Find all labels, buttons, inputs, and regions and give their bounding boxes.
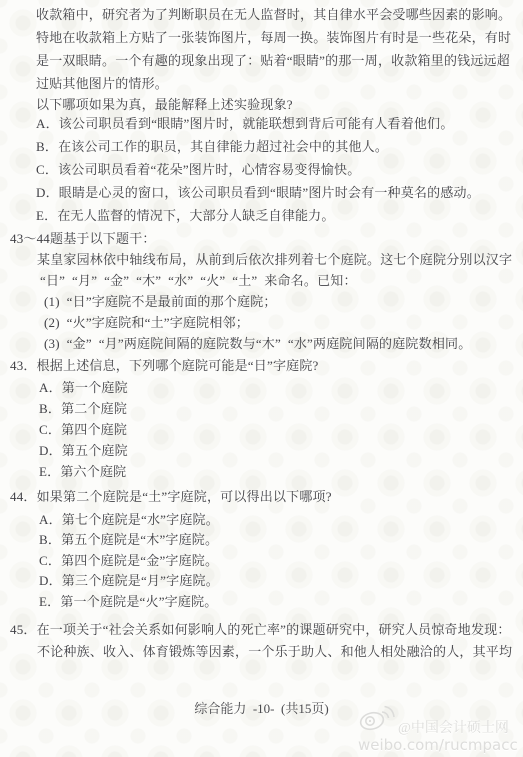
- stem-line: 某皇家园林依中轴线布局，从前到后依次排列着七个庭院。这七个庭院分别以汉字: [37, 252, 512, 268]
- option-a: A．第七个庭院是“水”字庭院。: [39, 512, 219, 528]
- option-d: D．第五个庭院: [39, 443, 128, 459]
- option-e: E．在无人监督的情况下，大部分人缺乏自律能力。: [36, 208, 335, 224]
- body-line: 过贴其他图片的情形。: [36, 76, 168, 92]
- weibo-watermark: @中国会计硕士网 weibo.com/rucmpacc: [358, 702, 520, 754]
- option-b: B．第二个庭院: [39, 401, 127, 417]
- question-stem: 45．在一项关于“社会关系如何影响人的死亡率”的课题研究中，研究人员惊奇地发现：: [10, 622, 511, 638]
- option-c: C．第四个庭院: [39, 422, 127, 438]
- watermark-url: weibo.com/rucmpacc: [358, 737, 520, 754]
- option-a: A．第一个庭院: [39, 380, 128, 396]
- question-prompt: 以下哪项如果为真，最能解释上述实验现象?: [36, 97, 293, 113]
- question-stem-line2: 不论种族、收入、体育锻炼等因素，一个乐于助人、和他人相处融洽的人，其平均: [37, 644, 512, 660]
- option-d: D．第三个庭院是“月”字庭院。: [39, 573, 219, 589]
- condition-3: (3) “金” “月”两庭院间隔的庭院数与“木” “水”两庭院间隔的庭院数相同。: [44, 336, 471, 352]
- option-b: B．在该公司工作的职员，其自律能力超过社会中的其他人。: [36, 139, 388, 155]
- watermark-handle: @中国会计硕士网: [398, 721, 509, 737]
- option-e: E．第一个庭院是“火”字庭院。: [39, 594, 217, 610]
- exam-page: 收款箱中，研究者为了判断职员在无人监督时，其自律水平会受哪些因素的影响。 特地在…: [0, 0, 523, 757]
- weibo-logo-icon: [358, 702, 396, 737]
- option-d: D．眼睛是心灵的窗口，该公司职员看到“眼睛”图片时会有一种莫名的感动。: [36, 185, 480, 201]
- stem-header: 43～44题基于以下题干：: [10, 231, 156, 247]
- condition-2: (2) “火”字庭院和“土”字庭院相邻；: [44, 315, 249, 331]
- question-stem: 44．如果第二个庭院是“土”字庭院，可以得出以下哪项?: [10, 489, 332, 505]
- question-stem: 43．根据上述信息，下列哪个庭院可能是“日”字庭院?: [10, 358, 319, 374]
- option-c: C．该公司职员看着“花朵”图片时，心情容易变得愉快。: [36, 162, 360, 178]
- body-line: 是一双眼睛。一个有趣的现象出现了：贴着“眼睛”的那一周，收款箱里的钱远远超: [36, 53, 510, 69]
- option-e: E．第六个庭院: [39, 464, 126, 480]
- option-c: C．第四个庭院是“金”字庭院。: [39, 553, 218, 569]
- stem-line: “日” “月” “金” “木” “水” “火” “土” 来命名。已知：: [40, 273, 357, 289]
- body-line: 收款箱中，研究者为了判断职员在无人监督时，其自律水平会受哪些因素的影响。: [36, 7, 511, 23]
- option-b: B．第五个庭院是“木”字庭院。: [39, 532, 218, 548]
- option-a: A．该公司职员看到“眼睛”图片时，就能联想到背后可能有人看着他们。: [36, 116, 454, 132]
- condition-1: (1) “日”字庭院不是最前面的那个庭院；: [44, 294, 277, 310]
- body-line: 特地在收款箱上方贴了一张装饰图片，每周一换。装饰图片有时是一些花朵，有时: [36, 30, 511, 46]
